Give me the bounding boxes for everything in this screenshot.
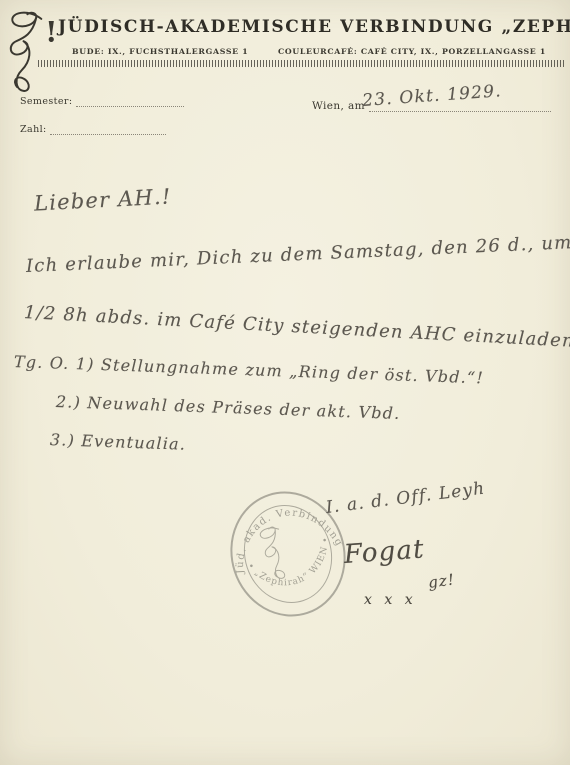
svg-text:• „Zephirah“ WIEN •: • „Zephirah“ WIEN •	[243, 533, 343, 600]
zahl-label: Zahl:	[20, 124, 47, 135]
stamp-text-bottom: • „Zephirah“ WIEN •	[243, 533, 343, 600]
postscript-xxx: x x x	[364, 592, 417, 608]
zirkel-exclaim: !	[45, 15, 57, 48]
letterhead-address-cafe: COULEURCAFÉ: CAFÉ CITY, IX., PORZELLANGA…	[278, 47, 552, 56]
agenda-item-1: Tg. O. 1) Stellungnahme zum „Ring der ös…	[14, 352, 485, 387]
signature-zirkel-suffix: gz!	[427, 570, 456, 592]
letterhead-addresses: BUDE: IX., FUCHSTHALERGASSE 1 COULEURCAF…	[58, 47, 552, 56]
letterhead-address-bude: BUDE: IX., FUCHSTHALERGASSE 1	[58, 47, 248, 56]
zahl-field: Zahl:	[20, 124, 166, 135]
body-line-1: Ich erlaube mir, Dich zu dem Samstag, de…	[26, 232, 570, 277]
letterhead-title: JÜDISCH-AKADEMISCHE VERBINDUNG „ZEPHIRAH…	[58, 17, 558, 37]
letterhead-hatched-rule	[38, 60, 566, 67]
semester-field: Semester:	[20, 96, 184, 107]
body-line-2: 1/2 8h abds. im Café City steigenden AHC…	[23, 302, 570, 352]
place-date-label: Wien, am	[312, 100, 365, 112]
agenda-item-2: 2.) Neuwahl des Präses der akt. Vbd.	[56, 392, 401, 423]
closing-line: I. a. d. Off. Leyh	[325, 479, 487, 518]
salutation: Lieber AH.!	[33, 184, 172, 215]
semester-blank-line	[76, 96, 184, 107]
zahl-blank-line	[50, 124, 166, 135]
letter-page: ! JÜDISCH-AKADEMISCHE VERBINDUNG „ZEPHIR…	[0, 0, 570, 765]
fraternity-zirkel-icon: !	[4, 6, 60, 98]
semester-label: Semester:	[20, 96, 72, 107]
agenda-item-3: 3.) Eventualia.	[50, 430, 187, 454]
signature: Fogat	[343, 534, 426, 570]
